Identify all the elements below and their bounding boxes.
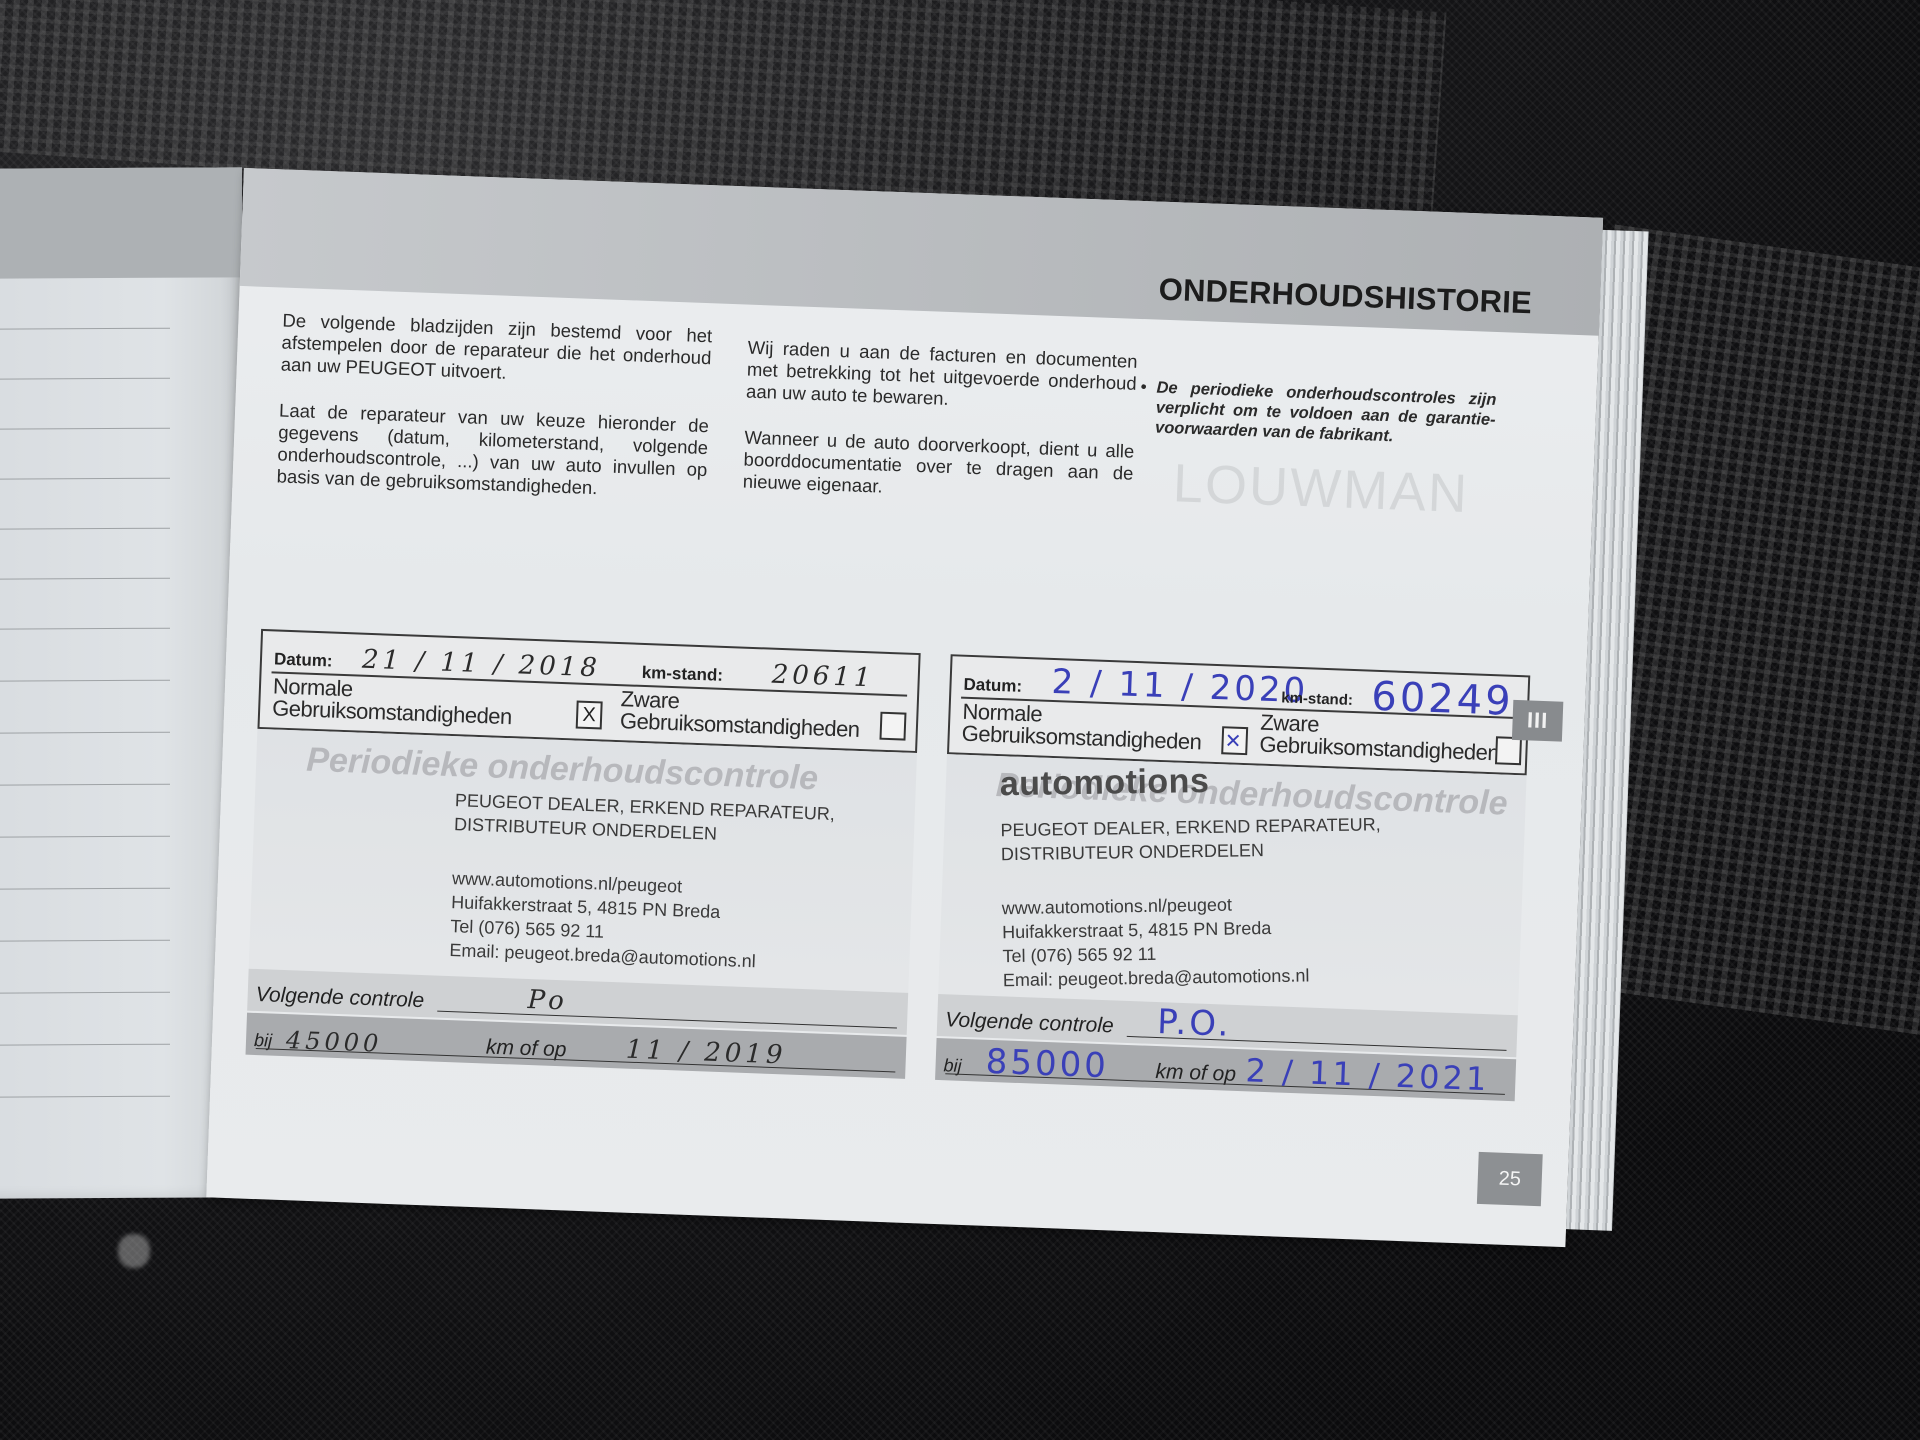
datum-value: 2 / 11 / 2020 bbox=[1051, 662, 1309, 711]
ruled-line bbox=[0, 628, 170, 630]
volgende-controle-label: Volgende controle bbox=[945, 1008, 1114, 1038]
datum-label: Datum: bbox=[274, 649, 333, 671]
zware-label-line2: Gebruiksomstandigheden bbox=[1259, 734, 1499, 765]
ruled-line bbox=[0, 578, 170, 580]
intro-paragraph: Wij raden u aan de facturen en documente… bbox=[746, 337, 1138, 417]
next-date-value: 2 / 11 / 2021 bbox=[1245, 1051, 1490, 1098]
stamp-email: Email: peugeot.breda@automotions.nl bbox=[1003, 962, 1383, 992]
ruled-line bbox=[0, 478, 170, 480]
right-page: ONDERHOUDSHISTORIE De volgende bladzijde… bbox=[206, 168, 1603, 1247]
left-page-header-band bbox=[0, 167, 242, 278]
zware-label: Zware Gebruiksomstandigheden bbox=[620, 688, 861, 741]
dealer-stamp: PEUGEOT DEALER, ERKEND REPARATEUR, DISTR… bbox=[449, 788, 835, 976]
intro-paragraph: Laat de reparateur van uw keuze hieronde… bbox=[276, 399, 709, 503]
ruled-line bbox=[0, 428, 170, 430]
ruled-line bbox=[0, 836, 170, 838]
normale-label: Normale Gebruiksomstandigheden bbox=[272, 675, 513, 728]
km-stand-label: km-stand: bbox=[1281, 689, 1353, 709]
section-tab-marker: III bbox=[1512, 700, 1563, 742]
warranty-note: • De periodieke onderhoudscontroles zijn… bbox=[1155, 378, 1497, 450]
ruled-line bbox=[0, 732, 170, 734]
ruled-line bbox=[0, 680, 170, 682]
left-page bbox=[0, 167, 242, 1198]
ruled-line bbox=[0, 1044, 170, 1046]
warranty-note-text: De periodieke onderhoudscontroles zijn v… bbox=[1155, 379, 1497, 446]
ruled-line bbox=[0, 784, 170, 786]
fill-line bbox=[256, 1048, 896, 1073]
photo-scene: ONDERHOUDSHISTORIE De volgende bladzijde… bbox=[0, 0, 1920, 1440]
intro-paragraph: Wanneer u de auto doorverkoopt, dient u … bbox=[742, 427, 1134, 507]
dealer-stamp-area: Periodieke onderhoudscontrole PEUGEOT DE… bbox=[249, 729, 917, 993]
intro-paragraph: De volgende bladzijden zijn bestemd voor… bbox=[280, 310, 712, 392]
ruled-line bbox=[0, 528, 170, 530]
ruled-line bbox=[0, 888, 170, 890]
faded-stamp-imprint: LOUWMAN bbox=[1167, 452, 1494, 664]
normale-label-line2: Gebruiksomstandigheden bbox=[272, 697, 512, 728]
ruled-line bbox=[0, 940, 170, 942]
normale-checkbox[interactable]: X bbox=[576, 701, 603, 730]
bullet-icon: • bbox=[1140, 377, 1147, 397]
ruled-line bbox=[0, 328, 170, 330]
volgende-controle-label: Volgende controle bbox=[255, 983, 424, 1013]
zware-label: Zware Gebruiksomstandigheden bbox=[1259, 712, 1500, 765]
ruled-line bbox=[0, 1096, 170, 1098]
normale-checkbox[interactable]: ✕ bbox=[1221, 726, 1248, 755]
page-number: 25 bbox=[1477, 1152, 1543, 1206]
ruled-line bbox=[0, 992, 170, 994]
next-date-value: 11 / 2019 bbox=[625, 1035, 787, 1071]
datum-value: 21 / 11 / 2018 bbox=[362, 645, 602, 684]
km-stand-value: 20611 bbox=[771, 660, 875, 694]
volgende-controle-value: P.O. bbox=[1157, 1002, 1233, 1045]
lint-speck bbox=[118, 1234, 150, 1268]
maintenance-entry: Datum: 2 / 11 / 2020 km-stand: 60249 Nor… bbox=[935, 654, 1530, 1100]
intro-column-2: Wij raden u aan de facturen en documente… bbox=[742, 337, 1138, 531]
ruled-line bbox=[0, 378, 170, 380]
watermark-text: Periodieke onderhoudscontrole bbox=[306, 741, 819, 799]
volgende-controle-value: Po bbox=[527, 985, 568, 1016]
intro-column-1: De volgende bladzijden zijn bestemd voor… bbox=[275, 310, 712, 528]
maintenance-entry: Datum: 21 / 11 / 2018 km-stand: 20611 No… bbox=[246, 629, 921, 1078]
km-stand-label: km-stand: bbox=[641, 663, 723, 686]
datum-label: Datum: bbox=[963, 675, 1022, 697]
automotions-logo: automotions bbox=[1000, 769, 1210, 796]
zware-checkbox[interactable] bbox=[1495, 736, 1522, 765]
dealer-stamp: automotions PEUGEOT DEALER, ERKEND REPAR… bbox=[1000, 812, 1383, 992]
dealer-stamp-area: Periodieke onderhoudscontrole automotion… bbox=[938, 754, 1526, 1015]
normale-label-line2: Gebruiksomstandigheden bbox=[961, 723, 1201, 754]
normale-label: Normale Gebruiksomstandigheden bbox=[961, 701, 1202, 754]
zware-label-line2: Gebruiksomstandigheden bbox=[620, 710, 860, 741]
zware-checkbox[interactable] bbox=[879, 712, 906, 741]
